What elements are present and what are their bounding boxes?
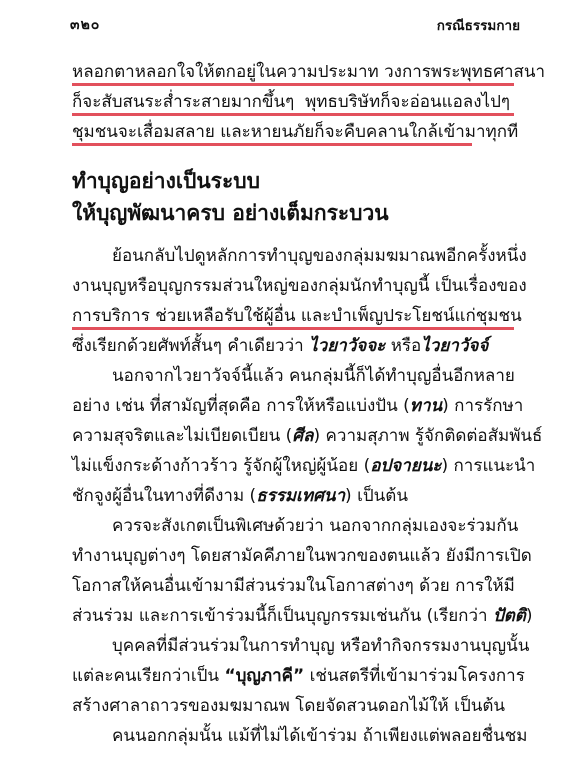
section-heading: ทำบุญอย่างเป็นระบบ ให้บุญพัฒนาครบ อย่างเ…	[72, 165, 510, 229]
text-span: ไม่แข็งกระด้างก้าวร้าว รู้จักผู้ใหญ่ผู้น…	[72, 456, 370, 476]
text-line: ย้อนกลับไปดูหลักการทำบุญของกลุ่มมฆมาณพอี…	[72, 241, 510, 271]
text-span: ชักจูงผู้อื่นในทางที่ดีงาม (	[72, 486, 256, 506]
text-line: ไม่แข็งกระด้างก้าวร้าว รู้จักผู้ใหญ่ผู้น…	[72, 451, 510, 481]
text-span: ) ความสุภาพ รู้จักติดต่อสัมพันธ์	[313, 426, 542, 446]
text-line: ทำงานบุญต่างๆ โดยสามัคคีภายในพวกของตนแล้…	[72, 541, 510, 571]
pali-term: อปจายนะ	[370, 456, 441, 476]
text-line: แต่ละคนเรียกว่าเป็น “บุญภาคี” เช่นสตรีที…	[72, 661, 510, 691]
pali-term: ธรรมเทศนา	[256, 486, 345, 506]
paragraph-3: ควรจะสังเกตเป็นพิเศษด้วยว่า นอกจากกลุ่มเ…	[72, 511, 510, 631]
paragraph-5: คนนอกกลุ่มนั้น แม้ที่ไม่ได้เข้าร่วม ถ้าเ…	[72, 721, 510, 751]
pali-term: ทาน	[410, 396, 442, 416]
highlighted-line: การบริการ ช่วยเหลือรับใช้ผู้อื่น และบำเพ…	[72, 301, 510, 331]
paragraph-4: บุคคลที่มีส่วนร่วมในการทำบุญ หรือทำกิจกร…	[72, 631, 510, 721]
text-span: ) การรักษา	[442, 396, 523, 416]
highlighted-line: หลอกตาหลอกใจให้ตกอยู่ในความประมาท วงการพ…	[72, 57, 510, 87]
text-span: ) การแนะนำ	[441, 456, 535, 476]
text-span: )	[526, 606, 533, 626]
text-line: ควรจะสังเกตเป็นพิเศษด้วยว่า นอกจากกลุ่มเ…	[72, 511, 510, 541]
text-line: ความสุจริตและไม่เบียดเบียน (ศีล) ความสุภ…	[72, 421, 510, 451]
page-number: ๓๒๐	[70, 14, 100, 36]
text-span: ซึ่งเรียกด้วยศัพท์สั้นๆ คำเดียวว่า	[72, 336, 309, 356]
page-header: ๓๒๐ กรณีธรรมกาย	[70, 14, 520, 34]
text-line: นอกจากไวยาวัจจ์นี้แล้ว คนกลุ่มนี้ก็ได้ทำ…	[72, 361, 510, 391]
text-line: งานบุญหรือบุญกรรมส่วนใหญ่ของกลุ่มนักทำบุ…	[72, 271, 510, 301]
text-span: อย่าง เช่น ที่สามัญที่สุดคือ การให้หรือแ…	[72, 396, 410, 416]
text-line: โอกาสให้คนอื่นเข้ามามีส่วนร่วมในโอกาสต่า…	[72, 571, 510, 601]
section-heading-line: ให้บุญพัฒนาครบ อย่างเต็มกระบวน	[72, 197, 510, 229]
running-title: กรณีธรรมกาย	[437, 14, 520, 36]
highlighted-intro: หลอกตาหลอกใจให้ตกอยู่ในความประมาท วงการพ…	[72, 57, 510, 147]
pali-term: ไวยาวัจจะ	[309, 336, 385, 356]
section-heading-line: ทำบุญอย่างเป็นระบบ	[72, 165, 510, 197]
text-line: ซึ่งเรียกด้วยศัพท์สั้นๆ คำเดียวว่า ไวยาว…	[72, 331, 510, 361]
paragraph-1: ย้อนกลับไปดูหลักการทำบุญของกลุ่มมฆมาณพอี…	[72, 241, 510, 361]
text-span: ส่วนร่วม และการเข้าร่วมนี้ก็เป็นบุญกรรมเ…	[72, 606, 493, 626]
paragraph-2: นอกจากไวยาวัจจ์นี้แล้ว คนกลุ่มนี้ก็ได้ทำ…	[72, 361, 510, 511]
highlighted-line: ชุมชนจะเสื่อมสลาย และหายนภัยก็จะคืบคลานใ…	[72, 117, 510, 147]
text-span: ) เป็นต้น	[345, 486, 408, 506]
text-span: ความสุจริตและไม่เบียดเบียน (	[72, 426, 292, 446]
text-line: อย่าง เช่น ที่สามัญที่สุดคือ การให้หรือแ…	[72, 391, 510, 421]
text-line: บุคคลที่มีส่วนร่วมในการทำบุญ หรือทำกิจกร…	[72, 631, 510, 661]
quoted-term: “บุญภาคี”	[224, 666, 304, 686]
pali-term: ปัตติ	[493, 606, 526, 626]
pali-term: ศีล	[292, 426, 313, 446]
text-span: แต่ละคนเรียกว่าเป็น	[72, 666, 224, 686]
text-span: หรือ	[385, 336, 421, 356]
pali-term: ไวยาวัจจ์	[421, 336, 488, 356]
page-body: หลอกตาหลอกใจให้ตกอยู่ในความประมาท วงการพ…	[72, 57, 510, 751]
text-line: ชักจูงผู้อื่นในทางที่ดีงาม (ธรรมเทศนา) เ…	[72, 481, 510, 511]
text-line: ส่วนร่วม และการเข้าร่วมนี้ก็เป็นบุญกรรมเ…	[72, 601, 510, 631]
highlighted-line: ก็จะสับสนระส่ำระสายมากขึ้นๆ พุทธบริษัทก็…	[72, 87, 510, 117]
text-line: คนนอกกลุ่มนั้น แม้ที่ไม่ได้เข้าร่วม ถ้าเ…	[72, 721, 510, 751]
text-span: เช่นสตรีที่เข้ามาร่วมโครงการ	[304, 666, 525, 686]
text-line: สร้างศาลาถาวรของมฆมาณพ โดยจัดสวนดอกไม้ให…	[72, 691, 510, 721]
